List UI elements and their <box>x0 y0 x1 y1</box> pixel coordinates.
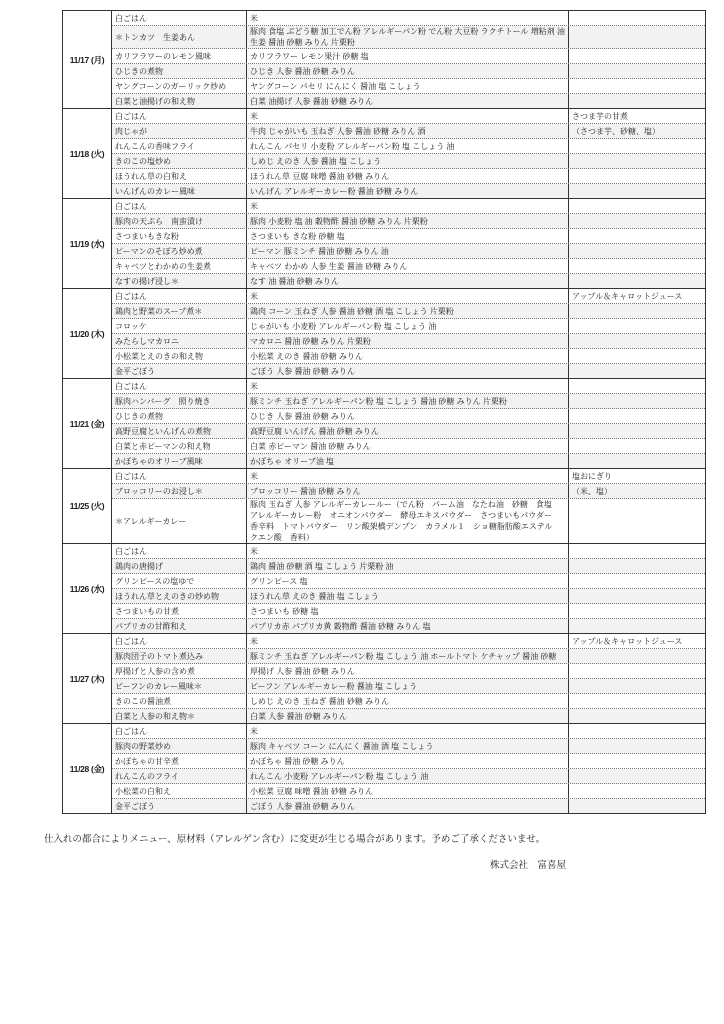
ingredients-list: 米 <box>247 109 569 123</box>
ingredients-list: しめじ えのき 人参 醤油 塩 こしょう <box>247 154 569 168</box>
menu-row: さつまいもの甘煮さつまいも 砂糖 塩 <box>112 604 705 619</box>
menu-row: きのこの醤油煮しめじ えのき 玉ねぎ 醤油 砂糖 みりん <box>112 694 705 709</box>
ingredients-list-label: 米 <box>250 111 258 122</box>
day-rows: 白ごはん米＊トンカツ 生姜あん豚肉 食塩 ぶどう糖 加工でん粉 アレルギーパン粉… <box>112 11 705 108</box>
note-text <box>569 229 705 243</box>
dish-name-label: きのこの醤油煮 <box>115 696 171 707</box>
note-text <box>569 694 705 708</box>
note-text <box>569 274 705 288</box>
dish-name: れんこんのフライ <box>112 769 247 783</box>
dish-name: 白ごはん <box>112 379 247 393</box>
ingredients-list-label: しめじ えのき 玉ねぎ 醤油 砂糖 みりん <box>250 696 389 707</box>
menu-row: 白ごはん米塩おにぎり <box>112 469 705 484</box>
dish-name: ビーフンのカレー風味＊ <box>112 679 247 693</box>
ingredients-list: 豚肉 キャベツ コーン にんにく 醤油 酒 塩 こしょう <box>247 739 569 753</box>
menu-table: 11/17 (月)白ごはん米＊トンカツ 生姜あん豚肉 食塩 ぶどう糖 加工でん粉… <box>62 10 706 814</box>
dish-name: いんげんのカレー風味 <box>112 184 247 198</box>
dish-name: 豚肉ハンバーグ 照り焼き <box>112 394 247 408</box>
note-text <box>569 259 705 273</box>
note-text <box>569 49 705 63</box>
dish-name-label: 白ごはん <box>115 381 147 392</box>
dish-name: 白ごはん <box>112 469 247 483</box>
dish-name-label: キャベツとわかめの生姜煮 <box>115 261 211 272</box>
ingredients-list: ビーフン アレルギーカレー粉 醤油 塩 こしょう <box>247 679 569 693</box>
menu-row: 高野豆腐といんげんの煮物高野豆腐 いんげん 醤油 砂糖 みりん <box>112 424 705 439</box>
ingredients-list-label: ヤングコーン パセリ にんにく 醤油 塩 こしょう <box>250 81 421 92</box>
note-text <box>569 589 705 603</box>
note-text <box>569 94 705 108</box>
dish-name-label: ＊トンカツ 生姜あん <box>115 32 195 43</box>
menu-row: 豚肉ハンバーグ 照り焼き豚ミンチ 玉ねぎ アレルギーパン粉 塩 こしょう 醤油 … <box>112 394 705 409</box>
menu-row: コロッケじゃがいも 小麦粉 アレルギーパン粉 塩 こしょう 油 <box>112 319 705 334</box>
dish-name-label: 高野豆腐といんげんの煮物 <box>115 426 211 437</box>
menu-row: さつまいもきな粉さつまいも きな粉 砂糖 塩 <box>112 229 705 244</box>
ingredients-list: ひじき 人参 醤油 砂糖 みりん <box>247 409 569 423</box>
menu-row: ビーフンのカレー風味＊ビーフン アレルギーカレー粉 醤油 塩 こしょう <box>112 679 705 694</box>
note-text <box>569 394 705 408</box>
dish-name-label: 金平ごぼう <box>115 801 155 812</box>
dish-name: 小松菜の白和え <box>112 784 247 798</box>
dish-name-label: 豚肉ハンバーグ 照り焼き <box>115 396 210 407</box>
note-text <box>569 769 705 783</box>
ingredients-list-label: ひじき 人参 醤油 砂糖 みりん <box>250 66 355 77</box>
note-text <box>569 64 705 78</box>
dish-name-label: かぼちゃのオリーブ風味 <box>115 456 203 467</box>
date-cell: 11/26 (水) <box>63 544 112 633</box>
menu-row: ヤングコーンのガーリック炒めヤングコーン パセリ にんにく 醤油 塩 こしょう <box>112 79 705 94</box>
menu-document-page: 11/17 (月)白ごはん米＊トンカツ 生姜あん豚肉 食塩 ぶどう糖 加工でん粉… <box>0 0 724 1024</box>
dish-name-label: ひじきの煮物 <box>115 66 163 77</box>
note-text <box>569 499 705 543</box>
ingredients-list: グリンピース 塩 <box>247 574 569 588</box>
dish-name-label: 小松菜の白和え <box>115 786 171 797</box>
menu-row: 白ごはん米アップル＆キャロットジュース <box>112 634 705 649</box>
dish-name-label: ビーフンのカレー風味＊ <box>115 681 202 692</box>
dish-name-label: カリフラワーのレモン風味 <box>115 51 211 62</box>
dish-name: れんこんの香味フライ <box>112 139 247 153</box>
menu-row: 小松菜とえのきの和え物小松菜 えのき 醤油 砂糖 みりん <box>112 349 705 364</box>
dish-name: 厚揚げと人参の含め煮 <box>112 664 247 678</box>
ingredients-list: さつまいも きな粉 砂糖 塩 <box>247 229 569 243</box>
menu-row: 豚肉の野菜炒め豚肉 キャベツ コーン にんにく 醤油 酒 塩 こしょう <box>112 739 705 754</box>
note-text <box>569 199 705 213</box>
dish-name-label: さつまいもの甘煮 <box>115 606 179 617</box>
dish-name-label: 白ごはん <box>115 111 147 122</box>
ingredients-list-label: 白菜 人参 醤油 砂糖 みりん <box>250 711 347 722</box>
note-text <box>569 184 705 198</box>
day-block: 11/25 (火)白ごはん米塩おにぎりブロッコリーのお浸し＊ブロッコリー 醤油 … <box>63 469 705 544</box>
ingredients-list-label: しめじ えのき 人参 醤油 塩 こしょう <box>250 156 381 167</box>
dish-name-label: コロッケ <box>115 321 147 332</box>
dish-name-label: れんこんの香味フライ <box>115 141 195 152</box>
menu-row: ひじきの煮物ひじき 人参 醤油 砂糖 みりん <box>112 64 705 79</box>
ingredients-list: 小松菜 えのき 醤油 砂糖 みりん <box>247 349 569 363</box>
dish-name-label: パプリカの甘酢和え <box>115 621 187 632</box>
ingredients-list-label: 高野豆腐 いんげん 醤油 砂糖 みりん <box>250 426 379 437</box>
dish-name-label: 小松菜とえのきの和え物 <box>115 351 203 362</box>
footer-disclaimer: 仕入れの都合によりメニュー、原材料（アレルゲン含む）に変更が生じる場合があります… <box>44 831 545 845</box>
ingredients-list: 米 <box>247 634 569 648</box>
ingredients-list-label: 小松菜 豆腐 味噌 醤油 砂糖 みりん <box>250 786 373 797</box>
ingredients-list: 米 <box>247 469 569 483</box>
dish-name: ほうれん草とえのきの炒め物 <box>112 589 247 603</box>
menu-row: 肉じゃが牛肉 じゃがいも 玉ねぎ 人参 醤油 砂糖 みりん 酒（さつま芋、砂糖、… <box>112 124 705 139</box>
note-text <box>569 364 705 378</box>
dish-name-label: 白ごはん <box>115 546 147 557</box>
ingredients-list-label: 米 <box>250 291 258 302</box>
ingredients-list: 米 <box>247 379 569 393</box>
ingredients-list-label: 鶏肉 コーン 玉ねぎ 人参 醤油 砂糖 酒 塩 こしょう 片栗粉 <box>250 306 454 317</box>
date-cell: 11/17 (月) <box>63 11 112 108</box>
menu-row: 白ごはん米 <box>112 544 705 559</box>
ingredients-list-label: 白菜 油揚げ 人参 醤油 砂糖 みりん <box>250 96 373 107</box>
menu-row: ＊アレルギーカレー豚肉 玉ねぎ 人参 アレルギーカレールー（でん粉 パーム油 な… <box>112 499 705 543</box>
day-rows: 白ごはん米アップル＆キャロットジュース鶏肉と野菜のスープ煮＊鶏肉 コーン 玉ねぎ… <box>112 289 705 378</box>
note-text: アップル＆キャロットジュース <box>569 634 705 648</box>
day-rows: 白ごはん米豚肉の天ぷら 南蛮漬け豚肉 小麦粉 塩 油 穀物酢 醤油 砂糖 みりん… <box>112 199 705 288</box>
ingredients-list-label: れんこん パセリ 小麦粉 アレルギーパン粉 塩 こしょう 油 <box>250 141 454 152</box>
dish-name-label: 白ごはん <box>115 471 147 482</box>
dish-name-label: さつまいもきな粉 <box>115 231 179 242</box>
dish-name: 白ごはん <box>112 634 247 648</box>
ingredients-list: かぼちゃ オリーブ油 塩 <box>247 454 569 468</box>
date-cell: 11/27 (木) <box>63 634 112 723</box>
date-cell: 11/28 (金) <box>63 724 112 813</box>
note-text: （米、塩） <box>569 484 705 498</box>
ingredients-list-label: 豚肉 玉ねぎ 人参 アレルギーカレールー（でん粉 パーム油 なたね油 砂糖 食塩… <box>250 499 565 543</box>
note-text <box>569 574 705 588</box>
dish-name: ひじきの煮物 <box>112 409 247 423</box>
ingredients-list-label: 牛肉 じゃがいも 玉ねぎ 人参 醤油 砂糖 みりん 酒 <box>250 126 426 137</box>
note-text <box>569 244 705 258</box>
ingredients-list-label: 厚揚げ 人参 醤油 砂糖 みりん <box>250 666 355 677</box>
ingredients-list-label: じゃがいも 小麦粉 アレルギーパン粉 塩 こしょう 油 <box>250 321 436 332</box>
dish-name: さつまいもきな粉 <box>112 229 247 243</box>
ingredients-list: ほうれん草 えのき 醤油 塩 こしょう <box>247 589 569 603</box>
dish-name: キャベツとわかめの生姜煮 <box>112 259 247 273</box>
dish-name-label: 金平ごぼう <box>115 366 155 377</box>
dish-name-label: みたらしマカロニ <box>115 336 179 347</box>
note-text <box>569 784 705 798</box>
ingredients-list-label: マカロニ 醤油 砂糖 みりん 片栗粉 <box>250 336 371 347</box>
dish-name-label: 白菜と人参の和え物＊ <box>115 711 195 722</box>
dish-name: グリンピースの塩ゆで <box>112 574 247 588</box>
dish-name: 高野豆腐といんげんの煮物 <box>112 424 247 438</box>
note-text <box>569 544 705 558</box>
dish-name: 白菜と油揚げの和え物 <box>112 94 247 108</box>
dish-name-label: 白ごはん <box>115 291 147 302</box>
dish-name: 鶏肉の唐揚げ <box>112 559 247 573</box>
dish-name: ブロッコリーのお浸し＊ <box>112 484 247 498</box>
ingredients-list-label: 豚肉 キャベツ コーン にんにく 醤油 酒 塩 こしょう <box>250 741 433 752</box>
ingredients-list-label: 米 <box>250 546 258 557</box>
footer-company-name: 株式会社 富喜屋 <box>490 857 566 871</box>
day-block: 11/28 (金)白ごはん米豚肉の野菜炒め豚肉 キャベツ コーン にんにく 醤油… <box>63 724 705 813</box>
menu-row: かぼちゃの甘辛煮かぼちゃ 醤油 砂糖 みりん <box>112 754 705 769</box>
ingredients-list: カリフラワー レモン果汁 砂糖 塩 <box>247 49 569 63</box>
dish-name: ひじきの煮物 <box>112 64 247 78</box>
dish-name-label: 白菜と赤ピーマンの和え物 <box>115 441 211 452</box>
note-text <box>569 454 705 468</box>
ingredients-list-label: 米 <box>250 471 258 482</box>
ingredients-list-label: かぼちゃ 醤油 砂糖 みりん <box>250 756 345 767</box>
ingredients-list: 白菜 赤ピーマン 醤油 砂糖 みりん <box>247 439 569 453</box>
ingredients-list: ごぼう 人参 醤油 砂糖 みりん <box>247 799 569 813</box>
dish-name: なすの揚げ浸し＊ <box>112 274 247 288</box>
ingredients-list-label: ひじき 人参 醤油 砂糖 みりん <box>250 411 355 422</box>
ingredients-list-label: かぼちゃ オリーブ油 塩 <box>250 456 334 467</box>
menu-row: 白ごはん米アップル＆キャロットジュース <box>112 289 705 304</box>
note-text <box>569 11 705 25</box>
ingredients-list-label: なす 油 醤油 砂糖 みりん <box>250 276 339 287</box>
dish-name-label: ほうれん草とえのきの炒め物 <box>115 591 219 602</box>
ingredients-list-label: ピーマン 豚ミンチ 醤油 砂糖 みりん 油 <box>250 246 389 257</box>
ingredients-list: かぼちゃ 醤油 砂糖 みりん <box>247 754 569 768</box>
ingredients-list: 豚肉 玉ねぎ 人参 アレルギーカレールー（でん粉 パーム油 なたね油 砂糖 食塩… <box>247 499 569 543</box>
ingredients-list-label: 豚ミンチ 玉ねぎ アレルギーパン粉 塩 こしょう 油 ホールトマト ケチャップ … <box>250 651 556 662</box>
ingredients-list-label: 米 <box>250 381 258 392</box>
ingredients-list-label: カリフラワー レモン果汁 砂糖 塩 <box>250 51 369 62</box>
day-rows: 白ごはん米豚肉の野菜炒め豚肉 キャベツ コーン にんにく 醤油 酒 塩 こしょう… <box>112 724 705 813</box>
day-block: 11/20 (木)白ごはん米アップル＆キャロットジュース鶏肉と野菜のスープ煮＊鶏… <box>63 289 705 379</box>
menu-row: 白ごはん米さつま芋の甘煮 <box>112 109 705 124</box>
menu-row: なすの揚げ浸し＊なす 油 醤油 砂糖 みりん <box>112 274 705 288</box>
dish-name: ほうれん草の白和え <box>112 169 247 183</box>
dish-name: 豚肉の天ぷら 南蛮漬け <box>112 214 247 228</box>
dish-name: ＊アレルギーカレー <box>112 499 247 543</box>
note-text-label: （米、塩） <box>572 486 612 497</box>
dish-name: パプリカの甘酢和え <box>112 619 247 633</box>
ingredients-list: 鶏肉 コーン 玉ねぎ 人参 醤油 砂糖 酒 塩 こしょう 片栗粉 <box>247 304 569 318</box>
dish-name: 白菜と人参の和え物＊ <box>112 709 247 723</box>
dish-name: 白ごはん <box>112 544 247 558</box>
dish-name-label: ヤングコーンのガーリック炒め <box>115 81 226 92</box>
dish-name: 鶏肉と野菜のスープ煮＊ <box>112 304 247 318</box>
day-block: 11/21 (金)白ごはん米豚肉ハンバーグ 照り焼き豚ミンチ 玉ねぎ アレルギー… <box>63 379 705 469</box>
note-text <box>569 139 705 153</box>
menu-row: 白菜と赤ピーマンの和え物白菜 赤ピーマン 醤油 砂糖 みりん <box>112 439 705 454</box>
dish-name-label: ブロッコリーのお浸し＊ <box>115 486 203 497</box>
note-text-label: （さつま芋、砂糖、塩） <box>572 126 660 137</box>
dish-name-label: ほうれん草の白和え <box>115 171 187 182</box>
menu-row: ほうれん草の白和えほうれん草 豆腐 味噌 醤油 砂糖 みりん <box>112 169 705 184</box>
dish-name-label: 豚肉の野菜炒め <box>115 741 171 752</box>
ingredients-list-label: 米 <box>250 13 258 24</box>
dish-name: 肉じゃが <box>112 124 247 138</box>
ingredients-list-label: いんげん アレルギーカレー粉 醤油 砂糖 みりん <box>250 186 418 197</box>
ingredients-list: ブロッコリー 醤油 砂糖 みりん <box>247 484 569 498</box>
dish-name-label: いんげんのカレー風味 <box>115 186 195 197</box>
ingredients-list-label: ブロッコリー 醤油 砂糖 みりん <box>250 486 361 497</box>
dish-name-label: 豚肉団子のトマト煮込み <box>115 651 203 662</box>
ingredients-list: 豚ミンチ 玉ねぎ アレルギーパン粉 塩 こしょう 油 ホールトマト ケチャップ … <box>247 649 569 663</box>
dish-name-label: 白ごはん <box>115 636 147 647</box>
menu-row: 金平ごぼうごぼう 人参 醤油 砂糖 みりん <box>112 364 705 378</box>
note-text <box>569 559 705 573</box>
dish-name-label: グリンピースの塩ゆで <box>115 576 194 587</box>
note-text <box>569 649 705 663</box>
note-text-label: さつま芋の甘煮 <box>572 111 628 122</box>
menu-row: パプリカの甘酢和えパプリカ赤 パプリカ黄 穀物酢 醤油 砂糖 みりん 塩 <box>112 619 705 633</box>
menu-row: 白ごはん米 <box>112 379 705 394</box>
ingredients-list: 米 <box>247 724 569 738</box>
menu-row: れんこんの香味フライれんこん パセリ 小麦粉 アレルギーパン粉 塩 こしょう 油 <box>112 139 705 154</box>
dish-name: 金平ごぼう <box>112 364 247 378</box>
dish-name: 豚肉の野菜炒め <box>112 739 247 753</box>
ingredients-list-label: さつまいも 砂糖 塩 <box>250 606 318 617</box>
menu-row: ひじきの煮物ひじき 人参 醤油 砂糖 みりん <box>112 409 705 424</box>
note-text <box>569 169 705 183</box>
ingredients-list: キャベツ わかめ 人参 生姜 醤油 砂糖 みりん <box>247 259 569 273</box>
ingredients-list: ピーマン 豚ミンチ 醤油 砂糖 みりん 油 <box>247 244 569 258</box>
ingredients-list-label: 小松菜 えのき 醤油 砂糖 みりん <box>250 351 363 362</box>
ingredients-list: なす 油 醤油 砂糖 みりん <box>247 274 569 288</box>
dish-name-label: 白菜と油揚げの和え物 <box>115 96 195 107</box>
ingredients-list-label: 豚ミンチ 玉ねぎ アレルギーパン粉 塩 こしょう 醤油 砂糖 みりん 片栗粉 <box>250 396 507 407</box>
ingredients-list-label: 白菜 赤ピーマン 醤油 砂糖 みりん <box>250 441 371 452</box>
ingredients-list: 白菜 油揚げ 人参 醤油 砂糖 みりん <box>247 94 569 108</box>
dish-name-label: 豚肉の天ぷら 南蛮漬け <box>115 216 203 227</box>
ingredients-list: 豚肉 食塩 ぶどう糖 加工でん粉 アレルギーパン粉 でん粉 大豆粉 ラクチトール… <box>247 26 569 48</box>
ingredients-list-label: 豚肉 小麦粉 塩 油 穀物酢 醤油 砂糖 みりん 片栗粉 <box>250 216 428 227</box>
note-text <box>569 709 705 723</box>
ingredients-list: 米 <box>247 199 569 213</box>
menu-row: ピーマンのそぼろ炒め煮ピーマン 豚ミンチ 醤油 砂糖 みりん 油 <box>112 244 705 259</box>
ingredients-list-label: 米 <box>250 636 258 647</box>
date-cell: 11/20 (木) <box>63 289 112 378</box>
menu-row: 白菜と人参の和え物＊白菜 人参 醤油 砂糖 みりん <box>112 709 705 723</box>
date-cell: 11/19 (水) <box>63 199 112 288</box>
note-text <box>569 754 705 768</box>
menu-row: 鶏肉の唐揚げ鶏肉 醤油 砂糖 酒 塩 こしょう 片栗粉 油 <box>112 559 705 574</box>
ingredients-list-label: 豚肉 食塩 ぶどう糖 加工でん粉 アレルギーパン粉 でん粉 大豆粉 ラクチトール… <box>250 26 565 48</box>
note-text <box>569 79 705 93</box>
dish-name-label: きのこの塩炒め <box>115 156 171 167</box>
ingredients-list: 米 <box>247 289 569 303</box>
ingredients-list: 白菜 人参 醤油 砂糖 みりん <box>247 709 569 723</box>
day-rows: 白ごはん米鶏肉の唐揚げ鶏肉 醤油 砂糖 酒 塩 こしょう 片栗粉 油グリンピース… <box>112 544 705 633</box>
dish-name: ヤングコーンのガーリック炒め <box>112 79 247 93</box>
ingredients-list: じゃがいも 小麦粉 アレルギーパン粉 塩 こしょう 油 <box>247 319 569 333</box>
menu-row: キャベツとわかめの生姜煮キャベツ わかめ 人参 生姜 醤油 砂糖 みりん <box>112 259 705 274</box>
day-block: 11/17 (月)白ごはん米＊トンカツ 生姜あん豚肉 食塩 ぶどう糖 加工でん粉… <box>63 11 705 109</box>
ingredients-list-label: ほうれん草 豆腐 味噌 醤油 砂糖 みりん <box>250 171 389 182</box>
menu-row: 白ごはん米 <box>112 724 705 739</box>
dish-name-label: 鶏肉の唐揚げ <box>115 561 163 572</box>
day-rows: 白ごはん米アップル＆キャロットジュース豚肉団子のトマト煮込み豚ミンチ 玉ねぎ ア… <box>112 634 705 723</box>
note-text <box>569 334 705 348</box>
note-text <box>569 679 705 693</box>
dish-name: 白ごはん <box>112 11 247 25</box>
menu-row: 白菜と油揚げの和え物白菜 油揚げ 人参 醤油 砂糖 みりん <box>112 94 705 108</box>
dish-name: かぼちゃのオリーブ風味 <box>112 454 247 468</box>
ingredients-list-label: ほうれん草 えのき 醤油 塩 こしょう <box>250 591 379 602</box>
dish-name-label: ＊アレルギーカレー <box>115 516 186 527</box>
menu-row: みたらしマカロニマカロニ 醤油 砂糖 みりん 片栗粉 <box>112 334 705 349</box>
note-text <box>569 424 705 438</box>
ingredients-list: パプリカ赤 パプリカ黄 穀物酢 醤油 砂糖 みりん 塩 <box>247 619 569 633</box>
dish-name-label: かぼちゃの甘辛煮 <box>115 756 179 767</box>
dish-name: ピーマンのそぼろ炒め煮 <box>112 244 247 258</box>
ingredients-list: れんこん 小麦粉 アレルギーパン粉 塩 こしょう 油 <box>247 769 569 783</box>
note-text <box>569 604 705 618</box>
ingredients-list: 豚ミンチ 玉ねぎ アレルギーパン粉 塩 こしょう 醤油 砂糖 みりん 片栗粉 <box>247 394 569 408</box>
ingredients-list: ほうれん草 豆腐 味噌 醤油 砂糖 みりん <box>247 169 569 183</box>
dish-name-label: れんこんのフライ <box>115 771 179 782</box>
dish-name-label: 厚揚げと人参の含め煮 <box>115 666 195 677</box>
ingredients-list-label: 米 <box>250 726 258 737</box>
dish-name: きのこの塩炒め <box>112 154 247 168</box>
note-text <box>569 319 705 333</box>
dish-name-label: 鶏肉と野菜のスープ煮＊ <box>115 306 202 317</box>
ingredients-list-label: さつまいも きな粉 砂糖 塩 <box>250 231 345 242</box>
menu-row: グリンピースの塩ゆでグリンピース 塩 <box>112 574 705 589</box>
dish-name-label: ひじきの煮物 <box>115 411 163 422</box>
note-text <box>569 739 705 753</box>
menu-row: 白ごはん米 <box>112 11 705 26</box>
day-block: 11/19 (水)白ごはん米豚肉の天ぷら 南蛮漬け豚肉 小麦粉 塩 油 穀物酢 … <box>63 199 705 289</box>
ingredients-list: れんこん パセリ 小麦粉 アレルギーパン粉 塩 こしょう 油 <box>247 139 569 153</box>
note-text <box>569 154 705 168</box>
dish-name: コロッケ <box>112 319 247 333</box>
note-text-label: 塩おにぎり <box>572 471 612 482</box>
note-text: （さつま芋、砂糖、塩） <box>569 124 705 138</box>
dish-name: きのこの醤油煮 <box>112 694 247 708</box>
menu-row: ＊トンカツ 生姜あん豚肉 食塩 ぶどう糖 加工でん粉 アレルギーパン粉 でん粉 … <box>112 26 705 49</box>
ingredients-list: さつまいも 砂糖 塩 <box>247 604 569 618</box>
ingredients-list-label: パプリカ赤 パプリカ黄 穀物酢 醤油 砂糖 みりん 塩 <box>250 621 431 632</box>
ingredients-list: 高野豆腐 いんげん 醤油 砂糖 みりん <box>247 424 569 438</box>
dish-name-label: 肉じゃが <box>115 126 147 137</box>
menu-row: かぼちゃのオリーブ風味かぼちゃ オリーブ油 塩 <box>112 454 705 468</box>
ingredients-list-label: 鶏肉 醤油 砂糖 酒 塩 こしょう 片栗粉 油 <box>250 561 394 572</box>
ingredients-list-label: ビーフン アレルギーカレー粉 醤油 塩 こしょう <box>250 681 417 692</box>
menu-row: 厚揚げと人参の含め煮厚揚げ 人参 醤油 砂糖 みりん <box>112 664 705 679</box>
dish-name: 豚肉団子のトマト煮込み <box>112 649 247 663</box>
date-cell: 11/21 (金) <box>63 379 112 468</box>
ingredients-list-label: ごぼう 人参 醤油 砂糖 みりん <box>250 366 355 377</box>
ingredients-list: ひじき 人参 醤油 砂糖 みりん <box>247 64 569 78</box>
ingredients-list: ヤングコーン パセリ にんにく 醤油 塩 こしょう <box>247 79 569 93</box>
ingredients-list-label: グリンピース 塩 <box>250 576 308 587</box>
ingredients-list: 鶏肉 醤油 砂糖 酒 塩 こしょう 片栗粉 油 <box>247 559 569 573</box>
dish-name: さつまいもの甘煮 <box>112 604 247 618</box>
dish-name: みたらしマカロニ <box>112 334 247 348</box>
dish-name: 白ごはん <box>112 724 247 738</box>
day-block: 11/18 (火)白ごはん米さつま芋の甘煮肉じゃが牛肉 じゃがいも 玉ねぎ 人参… <box>63 109 705 199</box>
dish-name: ＊トンカツ 生姜あん <box>112 26 247 48</box>
menu-row: 鶏肉と野菜のスープ煮＊鶏肉 コーン 玉ねぎ 人参 醤油 砂糖 酒 塩 こしょう … <box>112 304 705 319</box>
dish-name: 白ごはん <box>112 199 247 213</box>
note-text: さつま芋の甘煮 <box>569 109 705 123</box>
dish-name: 小松菜とえのきの和え物 <box>112 349 247 363</box>
dish-name: 白ごはん <box>112 109 247 123</box>
ingredients-list: 厚揚げ 人参 醤油 砂糖 みりん <box>247 664 569 678</box>
dish-name-label: 白ごはん <box>115 726 147 737</box>
ingredients-list: ごぼう 人参 醤油 砂糖 みりん <box>247 364 569 378</box>
ingredients-list: 小松菜 豆腐 味噌 醤油 砂糖 みりん <box>247 784 569 798</box>
ingredients-list-label: れんこん 小麦粉 アレルギーパン粉 塩 こしょう 油 <box>250 771 428 782</box>
menu-row: カリフラワーのレモン風味カリフラワー レモン果汁 砂糖 塩 <box>112 49 705 64</box>
dish-name: カリフラワーのレモン風味 <box>112 49 247 63</box>
note-text <box>569 409 705 423</box>
menu-row: れんこんのフライれんこん 小麦粉 アレルギーパン粉 塩 こしょう 油 <box>112 769 705 784</box>
ingredients-list: 米 <box>247 544 569 558</box>
note-text <box>569 304 705 318</box>
menu-row: きのこの塩炒めしめじ えのき 人参 醤油 塩 こしょう <box>112 154 705 169</box>
note-text <box>569 379 705 393</box>
menu-row: 白ごはん米 <box>112 199 705 214</box>
